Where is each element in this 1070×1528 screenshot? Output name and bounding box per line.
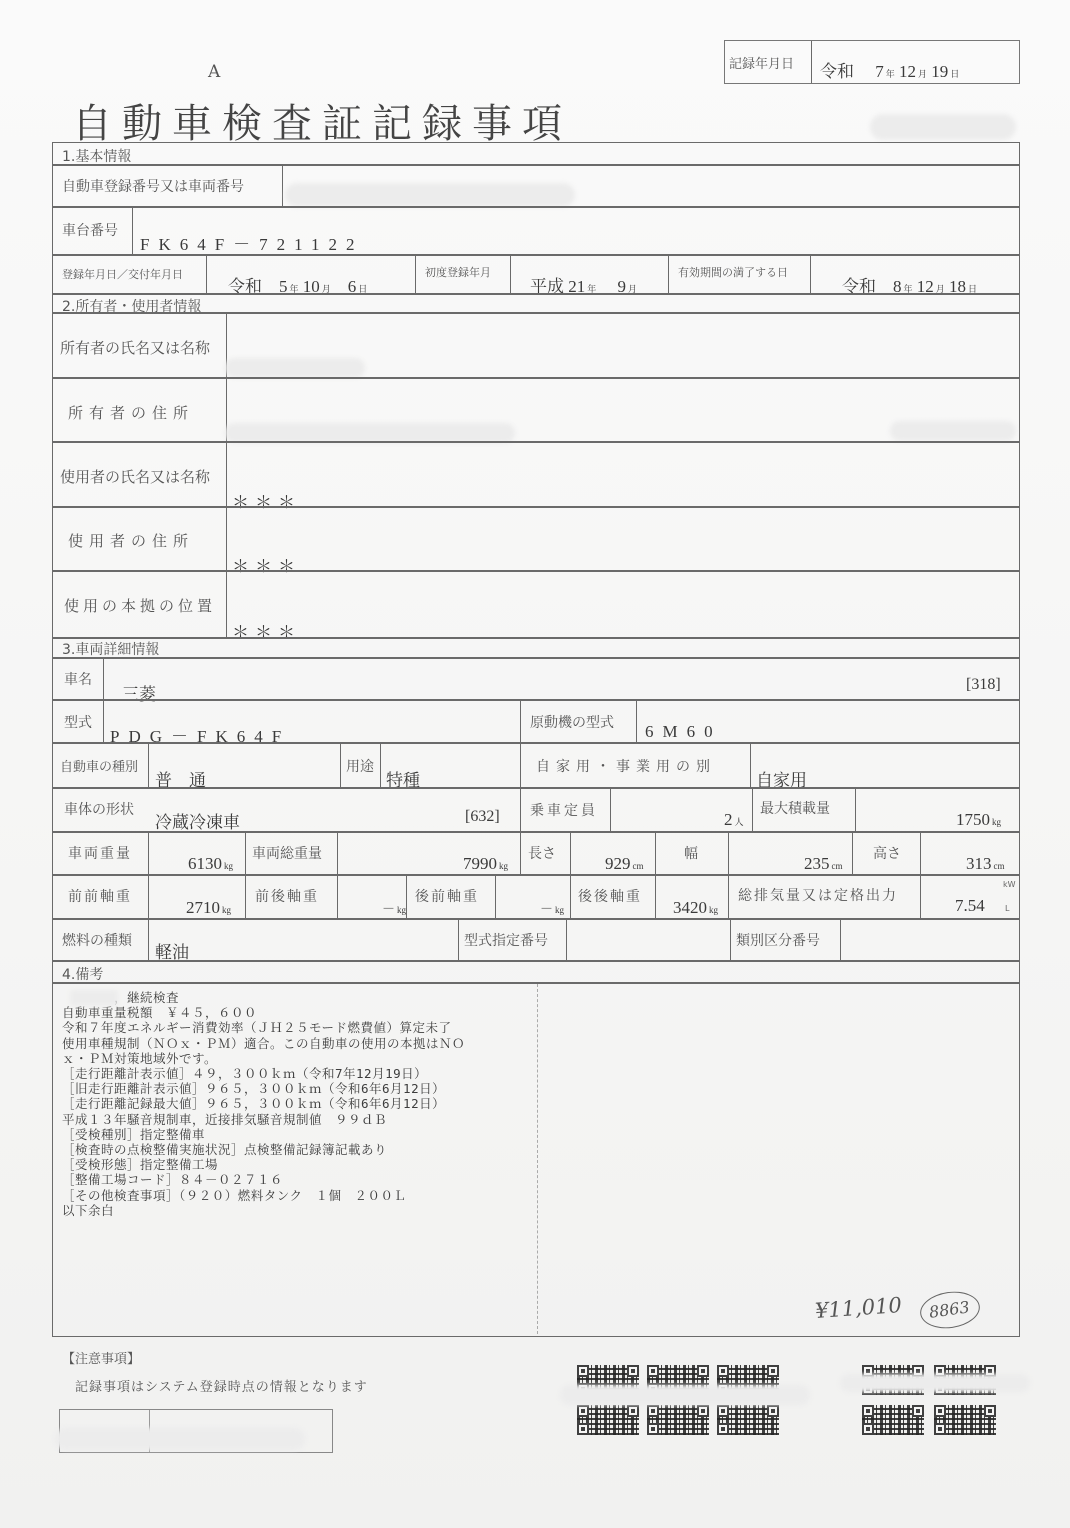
body-value: 冷蔵冷凍車 [155, 808, 240, 833]
expiry-label: 有効期間の満了する日 [678, 264, 788, 280]
category-label: 自動車の種別 [60, 756, 138, 775]
max-load-value: 1750kg [956, 810, 1001, 830]
user-name-label: 使用者の氏名又は名称 [60, 466, 210, 487]
rr-axle-value: 3420kg [673, 898, 718, 918]
qr-redacted-right [840, 1374, 1030, 1392]
engine-value: 6M60 [645, 722, 722, 742]
qr-code [577, 1405, 639, 1435]
gross-weight-value: 7990kg [463, 854, 508, 874]
model-label: 型式 [64, 712, 92, 732]
qr-code [934, 1405, 996, 1435]
reg-date-label: 登録年月日／交付年月日 [62, 266, 183, 282]
class-label: 類別区分番号 [736, 930, 820, 950]
qr-code [862, 1405, 924, 1435]
purpose-label: 用途 [346, 756, 374, 776]
section3-heading: 3.車両詳細情報 [62, 639, 159, 659]
weight-value: 6130kg [188, 854, 233, 874]
width-label: 幅 [684, 843, 698, 863]
gross-weight-label: 車両総重量 [252, 843, 322, 863]
page-title: 自動車検査証記録事項 [72, 92, 572, 149]
height-label: 高さ [873, 843, 901, 863]
width-value: 235cm [804, 854, 843, 874]
max-load-label: 最大積載量 [760, 798, 830, 818]
owner-address-redacted [225, 423, 515, 443]
height-value: 313cm [966, 854, 1005, 874]
section1-heading: 1.基本情報 [62, 146, 131, 166]
record-date-box: 記録年月日 令和 7年 12月 19日 [724, 40, 1020, 84]
owner-address-redacted-2 [890, 421, 1016, 441]
chassis-value: FK64F－721122 [140, 230, 364, 255]
capacity-label: 乗車定員 [530, 800, 598, 820]
redacted-area [870, 114, 1016, 140]
base-location-value: ＊＊＊ [232, 618, 301, 643]
displacement-label: 総排気量又は定格出力 [738, 885, 898, 905]
fuel-label: 燃料の種類 [62, 930, 132, 950]
user-name-value: ＊＊＊ [232, 488, 301, 513]
weight-label: 車両重量 [68, 843, 132, 863]
form-mark: A [208, 62, 220, 82]
qr-code [717, 1405, 779, 1435]
user-address-value: ＊＊＊ [232, 552, 301, 577]
remarks-redacted [70, 990, 118, 1006]
reg-number-redacted [285, 183, 575, 207]
car-name-label: 車名 [64, 669, 92, 689]
record-date-value: 令和 7年 12月 19日 [820, 57, 959, 82]
user-address-label: 使用者の住所 [68, 530, 194, 551]
fr-axle-value: －kg [382, 898, 406, 917]
type-designation-label: 型式指定番号 [464, 930, 548, 950]
rr-axle-label: 後後軸重 [578, 886, 642, 906]
section4-heading: 4.備考 [62, 964, 103, 984]
displacement-value: 7.54 [955, 896, 985, 916]
base-location-label: 使用の本拠の位置 [64, 595, 216, 616]
private-business-label: 自家用・事業用の別 [536, 756, 716, 776]
chassis-label: 車台番号 [62, 220, 118, 240]
rf-axle-label: 後前軸重 [415, 886, 479, 906]
bottom-redacted [55, 1428, 305, 1450]
length-value: 929cm [605, 854, 644, 874]
engine-label: 原動機の型式 [530, 712, 614, 732]
unit-l: L [1005, 904, 1009, 913]
ff-axle-label: 前前軸重 [68, 886, 132, 906]
first-reg-label: 初度登録年月 [425, 264, 491, 280]
body-label: 車体の形状 [64, 799, 134, 819]
owner-name-redacted [225, 358, 365, 378]
qr-redacted-left [560, 1385, 810, 1405]
length-label: 長さ [528, 843, 556, 863]
owner-name-label: 所有者の氏名又は名称 [60, 337, 210, 358]
remarks-text: ，継続検査自動車重量税額 ￥４５，６００令和７年度エネルギー消費効率（ＪＨ２５モ… [62, 990, 465, 1218]
owner-address-label: 所有者の住所 [68, 402, 194, 423]
fr-axle-label: 前後軸重 [255, 886, 319, 906]
notes-heading: 【注意事項】 [62, 1348, 140, 1367]
rf-axle-value: －kg [540, 898, 564, 917]
car-name-value: 三菱 [122, 680, 156, 705]
car-name-code: [318] [966, 676, 1001, 694]
notes-text: 記録事項はシステム登録時点の情報となります [75, 1376, 368, 1395]
body-code: [632] [465, 808, 500, 826]
qr-code [647, 1405, 709, 1435]
unit-kw: kW [1003, 880, 1016, 889]
ff-axle-value: 2710kg [186, 898, 231, 918]
reg-number-label: 自動車登録番号又は車両番号 [62, 176, 244, 196]
record-date-label: 記録年月日 [729, 53, 794, 72]
capacity-value: 2人 [724, 810, 744, 830]
